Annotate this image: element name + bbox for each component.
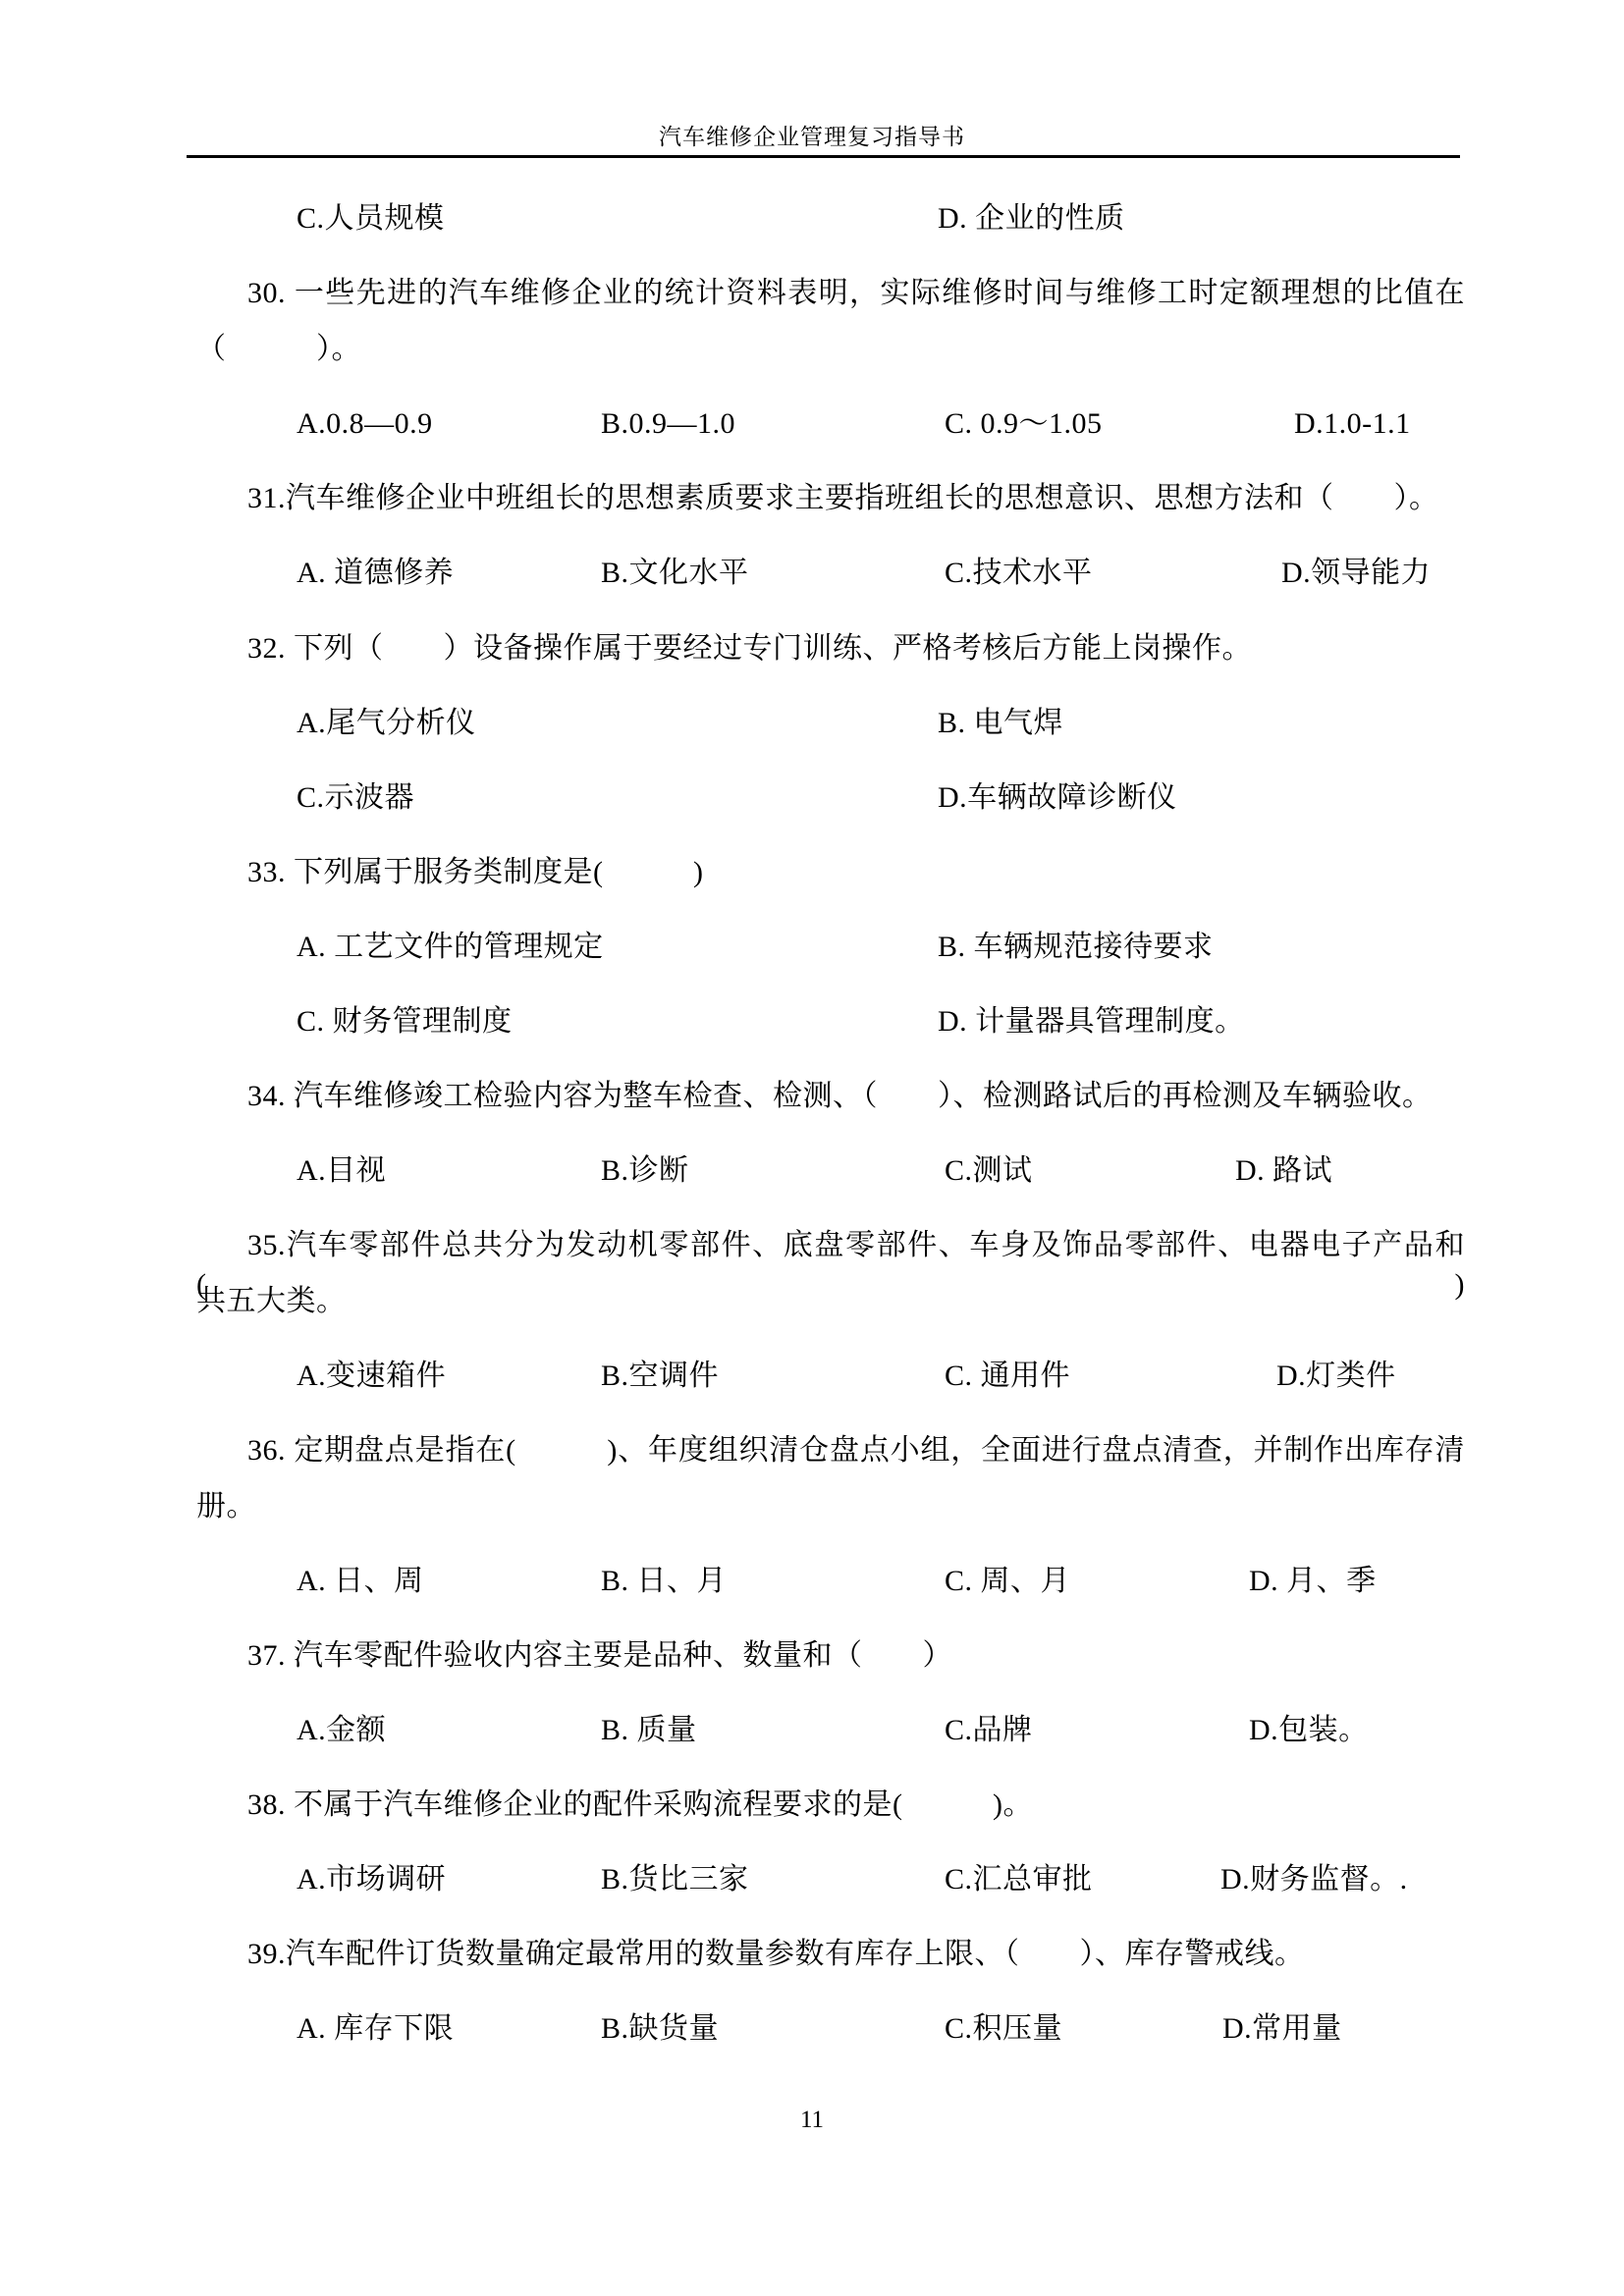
option-a: A. 工艺文件的管理规定 bbox=[297, 928, 604, 967]
option-b: B. 车辆规范接待要求 bbox=[938, 928, 1214, 967]
option-b: B.空调件 bbox=[601, 1357, 719, 1396]
option-a: A. 库存下限 bbox=[297, 2009, 454, 2049]
option-d: D. 计量器具管理制度。 bbox=[938, 1002, 1245, 1041]
question-33-options-row-2: C. 财务管理制度 D. 计量器具管理制度。 bbox=[0, 1002, 1624, 1045]
option-a: A.市场调研 bbox=[297, 1860, 446, 1899]
option-c: C. 财务管理制度 bbox=[297, 1002, 513, 1041]
option-d: D.包装。 bbox=[1249, 1711, 1369, 1750]
question-31-options-row: A. 道德修养 B.文化水平 C.技术水平 D.领导能力 bbox=[0, 554, 1624, 597]
option-b: B.文化水平 bbox=[601, 554, 749, 593]
option-a: A. 道德修养 bbox=[297, 554, 454, 593]
question-36-options-row: A. 日、周 B. 日、月 C. 周、月 D. 月、季 bbox=[0, 1562, 1624, 1605]
option-a: A.变速箱件 bbox=[297, 1357, 446, 1396]
question-32-options-row-2: C.示波器 D.车辆故障诊断仪 bbox=[0, 778, 1624, 822]
option-a: A.尾气分析仪 bbox=[297, 704, 476, 743]
question-38-stem: 38. 不属于汽车维修企业的配件采购流程要求的是( )。 bbox=[196, 1786, 1465, 1825]
question-39-stem: 39.汽车配件订货数量确定最常用的数量参数有库存上限、（ ）、库存警戒线。 bbox=[196, 1935, 1465, 1974]
option-c: C. 周、月 bbox=[945, 1562, 1070, 1601]
option-d: D.1.0-1.1 bbox=[1294, 404, 1411, 444]
option-b: B.诊断 bbox=[601, 1151, 689, 1191]
option-a: A.目视 bbox=[297, 1151, 386, 1191]
page-number: 11 bbox=[0, 2106, 1624, 2135]
option-c: C. 0.9～1.05 bbox=[945, 404, 1103, 444]
question-35-stem-line2: 共五大类。 bbox=[196, 1282, 1465, 1321]
option-c: C.人员规模 bbox=[297, 199, 445, 239]
option-d: D.常用量 bbox=[1222, 2009, 1342, 2049]
question-39-options-row: A. 库存下限 B.缺货量 C.积压量 D.常用量 bbox=[0, 2009, 1624, 2053]
header-rule bbox=[187, 155, 1460, 158]
document-page: 汽车维修企业管理复习指导书 C.人员规模 D. 企业的性质 30. 一些先进的汽… bbox=[0, 0, 1624, 2296]
option-d: D.领导能力 bbox=[1281, 554, 1431, 593]
option-c: C.测试 bbox=[945, 1151, 1033, 1191]
option-c: C.示波器 bbox=[297, 778, 414, 818]
question-36-stem-line2: 册。 bbox=[196, 1487, 1465, 1526]
option-a: A.金额 bbox=[297, 1711, 386, 1750]
question-30-stem-line1: 30. 一些先进的汽车维修企业的统计资料表明，实际维修时间与维修工时定额理想的比… bbox=[196, 274, 1465, 313]
question-34-options-row: A.目视 B.诊断 C.测试 D. 路试 bbox=[0, 1151, 1624, 1195]
option-b: B.货比三家 bbox=[601, 1860, 749, 1899]
option-d: D.财务监督。. bbox=[1220, 1860, 1408, 1899]
question-29-options-row: C.人员规模 D. 企业的性质 bbox=[0, 199, 1624, 242]
option-b: B.0.9—1.0 bbox=[601, 404, 735, 444]
option-d: D. 路试 bbox=[1235, 1151, 1332, 1191]
option-c: C.汇总审批 bbox=[945, 1860, 1093, 1899]
option-c: C.技术水平 bbox=[945, 554, 1093, 593]
option-d: D.车辆故障诊断仪 bbox=[938, 778, 1177, 818]
question-31-stem: 31.汽车维修企业中班组长的思想素质要求主要指班组长的思想意识、思想方法和（ ）… bbox=[196, 479, 1465, 518]
option-b: B. 电气焊 bbox=[938, 704, 1063, 743]
question-34-stem: 34. 汽车维修竣工检验内容为整车检查、检测、（ ）、检测路试后的再检测及车辆验… bbox=[196, 1077, 1465, 1116]
option-a: A.0.8—0.9 bbox=[297, 404, 433, 444]
question-32-options-row-1: A.尾气分析仪 B. 电气焊 bbox=[0, 704, 1624, 747]
option-c: C. 通用件 bbox=[945, 1357, 1070, 1396]
option-b: B.缺货量 bbox=[601, 2009, 719, 2049]
question-37-stem: 37. 汽车零配件验收内容主要是品种、数量和（ ） bbox=[196, 1636, 1465, 1676]
question-35-options-row: A.变速箱件 B.空调件 C. 通用件 D.灯类件 bbox=[0, 1357, 1624, 1400]
option-d: D.灯类件 bbox=[1276, 1357, 1396, 1396]
option-d: D. 月、季 bbox=[1249, 1562, 1377, 1601]
question-33-options-row-1: A. 工艺文件的管理规定 B. 车辆规范接待要求 bbox=[0, 928, 1624, 971]
question-30-stem-line2: （ ）。 bbox=[196, 330, 1465, 369]
question-36-stem-line1: 36. 定期盘点是指在( )、年度组织清仓盘点小组，全面进行盘点清查，并制作出库… bbox=[196, 1431, 1465, 1470]
question-38-options-row: A.市场调研 B.货比三家 C.汇总审批 D.财务监督。. bbox=[0, 1860, 1624, 1903]
question-32-stem: 32. 下列（ ）设备操作属于要经过专门训练、严格考核后方能上岗操作。 bbox=[196, 629, 1465, 668]
question-37-options-row: A.金额 B. 质量 C.品牌 D.包装。 bbox=[0, 1711, 1624, 1754]
option-c: C.积压量 bbox=[945, 2009, 1062, 2049]
question-33-stem: 33. 下列属于服务类制度是( ) bbox=[196, 853, 1465, 892]
option-b: B. 质量 bbox=[601, 1711, 697, 1750]
question-30-options-row: A.0.8—0.9 B.0.9—1.0 C. 0.9～1.05 D.1.0-1.… bbox=[0, 404, 1624, 448]
page-header-title: 汽车维修企业管理复习指导书 bbox=[0, 124, 1624, 151]
option-d: D. 企业的性质 bbox=[938, 199, 1125, 239]
option-c: C.品牌 bbox=[945, 1711, 1033, 1750]
option-a: A. 日、周 bbox=[297, 1562, 424, 1601]
option-b: B. 日、月 bbox=[601, 1562, 727, 1601]
